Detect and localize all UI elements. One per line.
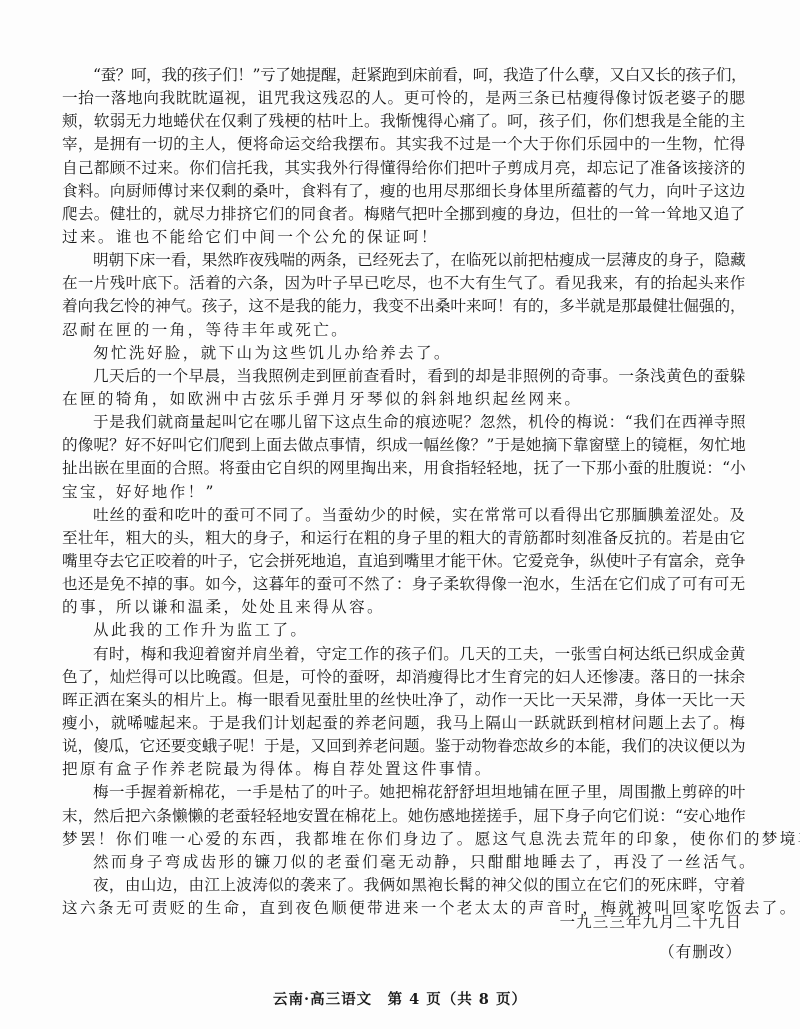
- exam-page: “蚕？呵，我的孩子们！”亏了她提醒，赶紧跑到床前看，呵，我造了什么孽，又白又长的…: [0, 0, 800, 1029]
- text-line: 的像呢？好不好叫它们爬到上面去做点事情，织成一幅丝像？”于是她摘下靠窗壁上的镜框…: [62, 434, 746, 457]
- paragraph-first-line: 然而身子弯成齿形的镰刀似的老蚕们毫无动静，只酣酣地睡去了，再没了一丝活气。: [62, 851, 746, 874]
- text-line: 自己都顾不过来。你们信托我，其实我外行得懂得给你们把叶子剪成月亮，却忘记了准备该…: [62, 157, 746, 180]
- page-footer: 云南·高三语文 第 4 页（共 8 页）: [0, 988, 800, 1009]
- text-line: 爬去。健壮的，就尽力排挤它们的同食者。梅赌气把叶全挪到瘦的身边，但壮的一耸一耸地…: [62, 203, 746, 226]
- paragraph-first-line: 明朝下床一看，果然昨夜残喘的两条，已经死去了，在临死以前把枯瘦成一层薄皮的身子，…: [62, 249, 746, 272]
- text-line: 扯出嵌在里面的合照。将蚕由它自织的网里掏出来，用食指轻轻地，抚了一下那小蚕的肚腹…: [62, 457, 746, 480]
- paragraph-first-line: 匆忙洗好脸，就下山为这些饥儿办给养去了。: [62, 342, 746, 365]
- text-line: 的事，所以谦和温柔，处处且来得从容。: [62, 596, 746, 619]
- text-line: 梦罢！你们唯一心爱的东西，我都堆在你们身边了。愿这气息洗去荒年的印象，使你们的梦…: [62, 828, 746, 851]
- text-line: 着向我乞怜的神气。孩子，这不是我的能力，我变不出桑叶来呵！有的，多半就是那最健壮…: [62, 295, 746, 318]
- text-line: 在一片残叶底下。活着的六条，因为叶子早已吃尽，也不大有生气了。看见我来，有的抬起…: [62, 272, 746, 295]
- paragraph-first-line: “蚕？呵，我的孩子们！”亏了她提醒，赶紧跑到床前看，呵，我造了什么孽，又白又长的…: [62, 64, 746, 87]
- text-line: 瘦小，就唏嘘起来。于是我们计划起蚕的养老问题，我马上隔山一跃就跃到棺材问题上去了…: [62, 712, 746, 735]
- text-line: 末，然后把六条懒懒的老蚕轻轻地安置在棉花上。她伤感地搓搓手，屈下身子向它们说：“…: [62, 805, 746, 828]
- text-line: 至壮年，粗大的头，粗大的身子，和运行在粗的身子里的粗大的青筋都时刻准备反抗的。若…: [62, 527, 746, 550]
- paragraph-first-line: 夜，由山边，由江上波涛似的袭来了。我俩如黑袍长髯的神父似的围立在它们的死床畔，守…: [62, 874, 746, 897]
- paragraph-first-line: 梅一手握着新棉花，一手是枯了的叶子。她把棉花舒舒坦坦地铺在匣子里，周围撒上剪碎的…: [62, 781, 746, 804]
- text-line: 食料。向厨师傅讨来仅剩的桑叶，食料有了，瘦的也用尽那细长身体里所蕴蓄的气力，向叶…: [62, 180, 746, 203]
- text-line: 忍耐在匣的一角，等待丰年或死亡。: [62, 319, 746, 342]
- text-line: 嘴里夺去它正咬着的叶子，它会拼死地追，直追到嘴里才能干休。它爱竞争，纵使叶子有富…: [62, 550, 746, 573]
- text-line: 宝宝，好好地作！”: [62, 481, 746, 504]
- text-line: 过来。谁也不能给它们中间一个公允的保证呵！: [62, 226, 746, 249]
- paragraph-first-line: 从此我的工作升为监工了。: [62, 619, 746, 642]
- essay-date: 一九三三年九月二十九日: [559, 910, 742, 932]
- text-line: 晖正洒在案头的相片上。梅一眼看见蚕肚里的丝快吐净了，动作一天比一天呆滞，身体一天…: [62, 689, 746, 712]
- text-line: 也还是免不掉的事。如今，这暮年的蚕可不然了：身子柔软得像一泡水，生活在它们成了可…: [62, 573, 746, 596]
- text-line: 宰，是拥有一切的主人，便将命运交给我摆布。其实我不过是一个大于你们乐园中的一生物…: [62, 133, 746, 156]
- text-line: 色了，灿烂得可以比晚霞。但是，可怜的蚕呀，却消瘦得比才生育完的妇人还惨凄。落日的…: [62, 666, 746, 689]
- text-line: 在匣的犄角，如欧洲中古弦乐手弹月牙琴似的斜斜地织起丝网来。: [62, 388, 746, 411]
- text-line: 把原有盒子作养老院最为得体。梅自荐处置这件事情。: [62, 758, 746, 781]
- paragraph-first-line: 几天后的一个早晨，当我照例走到匣前查看时，看到的却是非照例的奇事。一条浅黄色的蚕…: [62, 365, 746, 388]
- text-line: 说，傻瓜，它还要变蛾子呢！于是，又回到养老问题。鉴于动物眷恋故乡的本能，我们的决…: [62, 735, 746, 758]
- paragraph-first-line: 吐丝的蚕和吃叶的蚕可不同了。当蚕幼少的时候，实在常常可以看得出它那腼腆羞涩处。及: [62, 504, 746, 527]
- essay-body: “蚕？呵，我的孩子们！”亏了她提醒，赶紧跑到床前看，呵，我造了什么孽，又白又长的…: [62, 64, 746, 920]
- paragraph-first-line: 于是我们就商量起叫它在哪儿留下这点生命的痕迹呢？忽然，机伶的梅说：“我们在西禅寺…: [62, 411, 746, 434]
- abridged-note: （有删改）: [659, 940, 742, 962]
- paragraph-first-line: 有时，梅和我迎着窗并肩坐着，守定工作的孩子们。几天的工夫，一张雪白柯达纸已织成金…: [62, 643, 746, 666]
- text-line: 颊，软弱无力地蜷伏在仅剩了残梗的枯叶上。我惭愧得心痛了。呵，孩子们，你们想我是全…: [62, 110, 746, 133]
- text-line: 一抬一落地向我眈眈逼视，诅咒我这残忍的人。更可怜的，是两三条已枯瘦得像讨饭老婆子…: [62, 87, 746, 110]
